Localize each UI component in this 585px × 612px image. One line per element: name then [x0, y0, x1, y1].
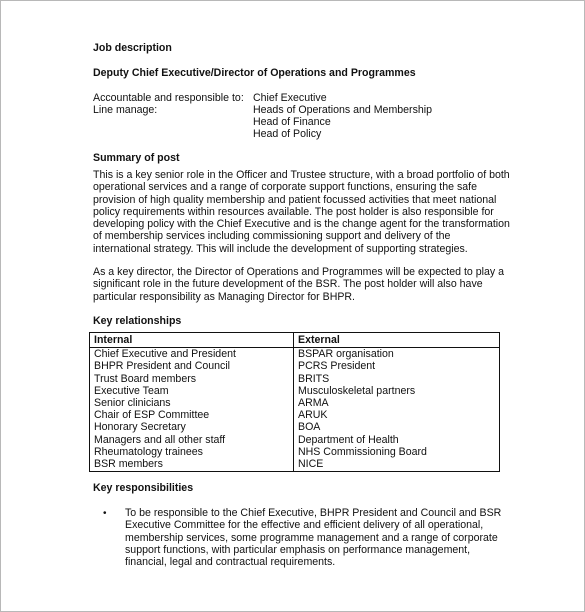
internal-cell: BSR members [90, 458, 294, 472]
table-row: Chief Executive and PresidentBSPAR organ… [90, 348, 500, 361]
internal-cell: Trust Board members [90, 373, 294, 385]
key-relationships-table: Internal External Chief Executive and Pr… [89, 332, 500, 472]
summary-paragraph-1: This is a key senior role in the Officer… [93, 169, 513, 255]
table-row: Trust Board membersBRITS [90, 373, 500, 385]
table-row: BSR membersNICE [90, 458, 500, 472]
section-title-summary: Summary of post [93, 152, 180, 164]
table-row: Honorary SecretaryBOA [90, 421, 500, 433]
document-page: Job description Deputy Chief Executive/D… [0, 0, 585, 612]
responsibility-item: To be responsible to the Chief Executive… [125, 507, 501, 568]
text-line: support functions, with particular empha… [125, 544, 501, 556]
bullet-icon: • [103, 508, 107, 520]
external-cell: BRITS [294, 373, 500, 385]
column-header-internal: Internal [90, 333, 294, 348]
external-cell: NICE [294, 458, 500, 472]
table-body: Chief Executive and PresidentBSPAR organ… [90, 348, 500, 472]
internal-cell: Chair of ESP Committee [90, 409, 294, 421]
internal-cell: Managers and all other staff [90, 434, 294, 446]
internal-cell: Chief Executive and President [90, 348, 294, 361]
summary-paragraph-2: As a key director, the Director of Opera… [93, 266, 513, 303]
table-row: Executive TeamMusculoskeletal partners [90, 385, 500, 397]
text-line: As a key director, the Director of Opera… [93, 266, 513, 278]
external-cell: Musculoskeletal partners [294, 385, 500, 397]
section-title-key-responsibilities: Key responsibilities [93, 482, 193, 494]
internal-cell: Executive Team [90, 385, 294, 397]
accountable-label: Accountable and responsible to: [93, 92, 244, 104]
text-line: provision of high quality membership and… [93, 194, 513, 206]
table-row: Rheumatology traineesNHS Commissioning B… [90, 446, 500, 458]
job-title: Deputy Chief Executive/Director of Opera… [93, 67, 416, 79]
internal-cell: Honorary Secretary [90, 421, 294, 433]
internal-cell: Rheumatology trainees [90, 446, 294, 458]
text-line: significant role in the future developme… [93, 278, 513, 290]
text-line: of membership services including commiss… [93, 230, 513, 242]
external-cell: ARUK [294, 409, 500, 421]
external-cell: PCRS President [294, 360, 500, 372]
text-line: This is a key senior role in the Officer… [93, 169, 513, 181]
line-manage-value: Head of Policy [253, 128, 321, 140]
table-row: Senior cliniciansARMA [90, 397, 500, 409]
section-title-key-relationships: Key relationships [93, 315, 181, 327]
table-header-row: Internal External [90, 333, 500, 348]
line-manage-value: Head of Finance [253, 116, 331, 128]
text-line: financial, legal and contractual require… [125, 556, 501, 568]
text-line: operational services and a range of corp… [93, 181, 513, 193]
table-row: Managers and all other staffDepartment o… [90, 434, 500, 446]
internal-cell: BHPR President and Council [90, 360, 294, 372]
line-manage-value: Heads of Operations and Membership [253, 104, 432, 116]
internal-cell: Senior clinicians [90, 397, 294, 409]
table-row: Chair of ESP CommitteeARUK [90, 409, 500, 421]
external-cell: ARMA [294, 397, 500, 409]
text-line: international strategy. This will includ… [93, 243, 513, 255]
text-line: To be responsible to the Chief Executive… [125, 507, 501, 519]
table-row: BHPR President and CouncilPCRS President [90, 360, 500, 372]
document-heading: Job description [93, 42, 172, 54]
text-line: particular responsibility as Managing Di… [93, 291, 513, 303]
text-line: Executive Committee for the effective an… [125, 519, 501, 531]
external-cell: BOA [294, 421, 500, 433]
text-line: membership services, some programme mana… [125, 532, 501, 544]
text-line: policy requirements within resources ava… [93, 206, 513, 218]
external-cell: BSPAR organisation [294, 348, 500, 361]
text-line: developing policy with the Chief Executi… [93, 218, 513, 230]
column-header-external: External [294, 333, 500, 348]
external-cell: NHS Commissioning Board [294, 446, 500, 458]
line-manage-label: Line manage: [93, 104, 157, 116]
external-cell: Department of Health [294, 434, 500, 446]
accountable-value: Chief Executive [253, 92, 327, 104]
